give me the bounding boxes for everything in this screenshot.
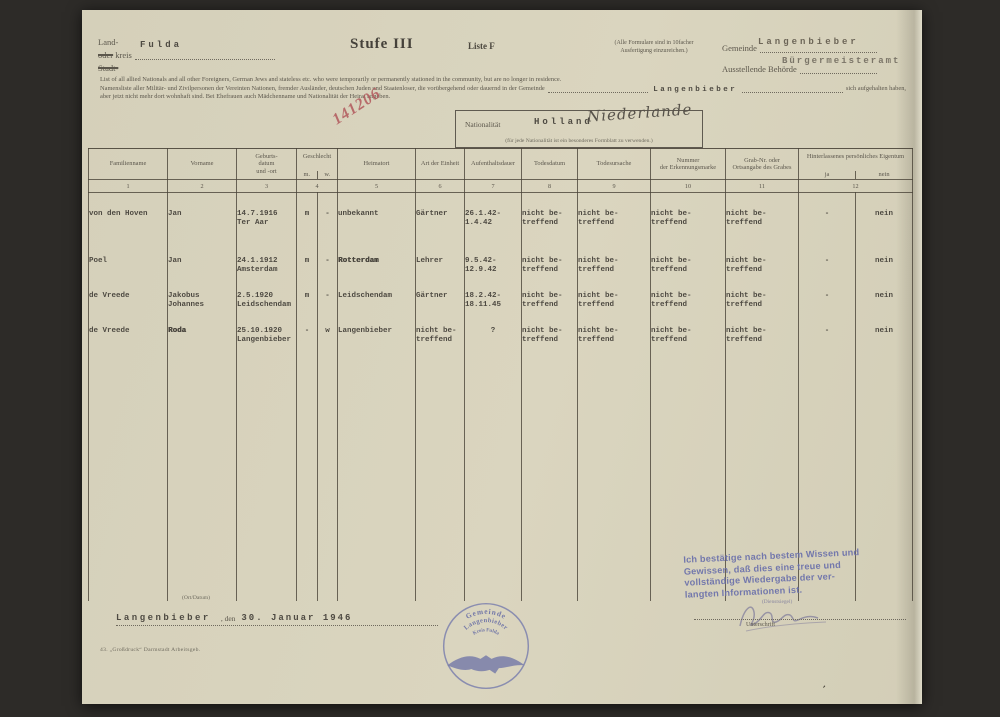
kreis-value: Fulda [140,40,182,50]
col-vorname: Vorname [168,149,237,180]
col-familienname: Familienname [89,149,168,180]
cell-eigentum-ja: - [799,314,856,351]
table-row: de Vreede Roda 25.10.1920 Langenbieber -… [89,314,913,351]
eigentum-nein-label: nein [856,171,912,179]
cell-eigentum-nein: nein [856,279,913,314]
col-num-2: 2 [168,180,237,193]
stamp-text-kreis-fulda: Kreis Fulda [472,627,501,637]
cell-grab: nicht be- treffend [726,193,799,241]
intro-german-line: Namensliste aller Militär- und Zivilpers… [100,84,906,93]
cell-marke: nicht be- treffend [651,241,726,279]
cell-familienname: de Vreede [89,314,168,351]
stamp-graphic: Gemeinde Langenbieber Kreis Fulda [440,600,532,692]
cell-einheit: nicht be- treffend [416,314,465,351]
eigentum-subheader: ja nein [799,171,912,179]
col-num-1: 1 [89,180,168,193]
intro-gemeinde-value: Langenbieber [653,86,737,94]
cell-geburt: 25.10.1920 Langenbieber [237,314,297,351]
cell-geschlecht-m: m [297,241,318,279]
col-geburtsdatum: Geburts- datum und -ort [237,149,297,180]
cell-familienname: de Vreede [89,279,168,314]
col-eigentum: Hinterlassenes persönliches Eigentum ja … [799,149,913,180]
cell-geschlecht-w: w [318,314,338,351]
cell-einheit: Gärtner [416,279,465,314]
col-num-5: 5 [338,180,416,193]
behoerde-dotted-line [800,65,877,74]
cell-marke: nicht be- treffend [651,193,726,241]
cell-todesursache: nicht be- treffend [578,193,651,241]
col-todesdatum: Todesdatum [522,149,578,180]
cell-todesdatum: nicht be- treffend [522,279,578,314]
cell-todesursache: nicht be- treffend [578,241,651,279]
kreis-label: kreis [115,50,132,60]
table-row: von den Hoven Jan 14.7.1916 Ter Aar m - … [89,193,913,241]
col-geschlecht: Geschlecht m. w. [297,149,338,180]
certification-stamp: Ich bestätige nach bestem Wissen und Gew… [683,545,903,600]
intro-english: List of all allied Nationals and all oth… [100,76,906,84]
cell-vorname: Jan [168,193,237,241]
stadt-label-struck: Stadt- [98,63,118,73]
cell-todesursache: nicht be- treffend [578,314,651,351]
eagle-icon [447,655,524,673]
cell-geschlecht-w: - [318,193,338,241]
liste-label: Liste F [468,41,495,51]
cell-grab: nicht be- treffend [726,279,799,314]
col-aufenthaltsdauer: Aufenthaltsdauer [465,149,522,180]
date-value: 30. Januar 1946 [241,613,352,623]
table-header-row: Familienname Vorname Geburts- datum und … [89,149,913,180]
gemeinde-value: Langenbieber [758,37,859,47]
col-heimatort: Heimatort [338,149,416,180]
table-row: de Vreede Jakobus Johannes 2.5.1920 Leid… [89,279,913,314]
cell-eigentum-ja: - [799,193,856,241]
cell-familienname: Poel [89,241,168,279]
intro-dotted-left [548,84,649,93]
col-num-4: 4 [297,180,338,193]
cell-eigentum-ja: - [799,279,856,314]
ort-datum-note: (Ort/Datum) [182,595,210,601]
cell-vorname: Jan [168,241,237,279]
nationality-note: (für jede Nationalität ist ein besondere… [456,138,702,144]
intro-dotted-right [742,84,843,93]
cell-aufenthalt: 18.2.42- 18.11.45 [465,279,522,314]
svg-text:Kreis Fulda: Kreis Fulda [472,627,501,637]
form-title: Stufe III [350,36,414,53]
cell-aufenthalt: 9.5.42- 12.9.42 [465,241,522,279]
cell-einheit: Lehrer [416,241,465,279]
cell-heimatort: Langenbieber [338,314,416,351]
table-row: Poel Jan 24.1.1912 Amsterdam m - Rotterd… [89,241,913,279]
col-todesursache: Todesursache [578,149,651,180]
col-geschlecht-label: Geschlecht [297,149,337,160]
cell-familienname: von den Hoven [89,193,168,241]
col-num-7: 7 [465,180,522,193]
cell-geschlecht-m: m [297,279,318,314]
oder-label-struck: oder [98,50,113,60]
gemeinde-label: Gemeinde [722,43,757,53]
cell-eigentum-nein: nein [856,241,913,279]
col-num-8: 8 [522,180,578,193]
cell-vorname: Roda [168,314,237,351]
cell-aufenthalt: ? [465,314,522,351]
col-num-9: 9 [578,180,651,193]
cell-geschlecht-m: m [297,193,318,241]
cell-heimatort: unbekannt [338,193,416,241]
cell-eigentum-nein: nein [856,193,913,241]
form-page: Land- oder kreis Stadt- Fulda Stufe III … [82,10,922,704]
col-num-3: 3 [237,180,297,193]
cell-geburt: 14.7.1916 Ter Aar [237,193,297,241]
cell-todesursache: nicht be- treffend [578,279,651,314]
cell-aufenthalt: 26.1.42- 1.4.42 [465,193,522,241]
cell-eigentum-ja: - [799,241,856,279]
cell-eigentum-nein: nein [856,314,913,351]
geschlecht-subheader: m. w. [297,171,337,179]
cell-vorname: Jakobus Johannes [168,279,237,314]
nationality-label: Nationalität [465,120,500,129]
col-grab: Grab-Nr. oder Ortsangabe des Grabes [726,149,799,180]
col-num-6: 6 [416,180,465,193]
nationality-typed-value: Holland [534,117,593,127]
behoerde-value: Bürgermeisteramt [782,56,900,66]
intro-paragraph: List of all allied Nationals and all oth… [100,76,906,101]
stray-pen-mark: ʹ [820,684,826,695]
col-num-10: 10 [651,180,726,193]
cell-marke: nicht be- treffend [651,314,726,351]
intro-german-cont: sich aufgehalten haben, [846,85,906,93]
cell-todesdatum: nicht be- treffend [522,241,578,279]
cell-heimatort: Leidschendam [338,279,416,314]
cell-geschlecht-w: - [318,241,338,279]
copies-note: (Alle Formulare sind in 10facher Ausfert… [588,40,720,55]
cell-todesdatum: nicht be- treffend [522,193,578,241]
cell-heimatort: Rotterdam [338,241,416,279]
round-municipal-stamp: Gemeinde Langenbieber Kreis Fulda [440,600,532,692]
col-num-12: 12 [799,180,913,193]
date-line: Langenbieber , den 30. Januar 1946 [116,613,438,626]
kreis-dotted-line [135,51,275,60]
eigentum-ja-label: ja [799,171,856,179]
intro-german-text: Namensliste aller Militär- und Zivilpers… [100,85,545,93]
cell-geburt: 24.1.1912 Amsterdam [237,241,297,279]
geschlecht-w-label: w. [318,171,338,179]
col-erkennungsmarke: Nummer der Erkennungsmarke [651,149,726,180]
ort-value: Langenbieber [116,613,211,623]
col-eigentum-label: Hinterlassenes persönliches Eigentum [799,149,912,160]
column-number-row: 1 2 3 4 5 6 7 8 9 10 11 12 [89,180,913,193]
intro-german-line2: aber jetzt nicht mehr dort wohnhaft sind… [100,93,906,101]
cell-marke: nicht be- treffend [651,279,726,314]
col-num-11: 11 [726,180,799,193]
land-label: Land- [98,37,118,47]
geschlecht-m-label: m. [297,171,318,179]
cell-geschlecht-w: - [318,279,338,314]
den-label: , den [221,614,236,623]
col-art-der-einheit: Art der Einheit [416,149,465,180]
kreis-line: oder kreis [98,50,278,60]
stamp-border-circle [444,604,529,689]
cell-grab: nicht be- treffend [726,241,799,279]
signature-dotted-line [694,605,906,620]
cell-einheit: Gärtner [416,193,465,241]
unterschrift-label: Unterschrift [746,622,775,628]
printers-imprint: 43. „Großdruck“ Darmstadt Arbeitsgeb. [100,647,200,653]
cell-grab: nicht be- treffend [726,314,799,351]
cell-geburt: 2.5.1920 Leidschendam [237,279,297,314]
roster-table: Familienname Vorname Geburts- datum und … [88,148,913,601]
document-photo: Land- oder kreis Stadt- Fulda Stufe III … [0,0,1000,717]
cell-geschlecht-m: - [297,314,318,351]
cell-todesdatum: nicht be- treffend [522,314,578,351]
